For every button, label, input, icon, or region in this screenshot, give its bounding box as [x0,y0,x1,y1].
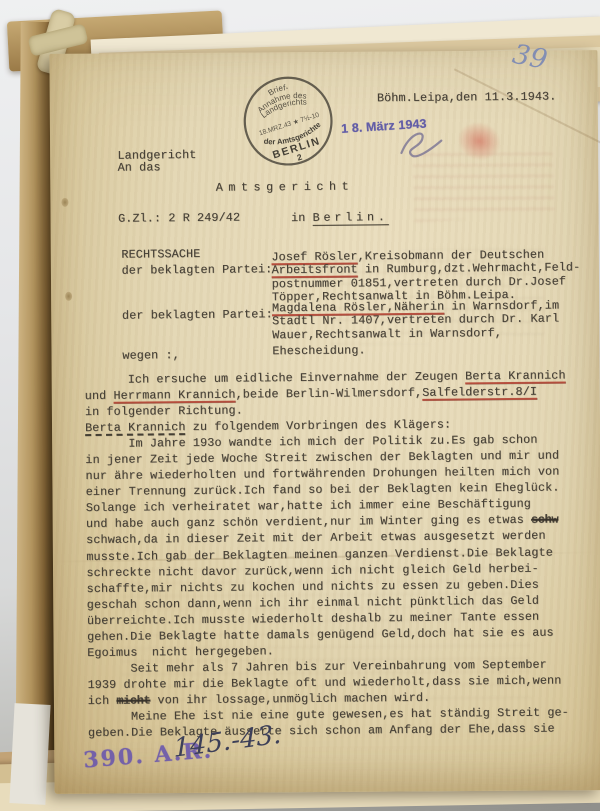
text-segment: ,beide Berlin-Wilmersdorf, [235,386,422,402]
party-label: der beklagten Partei: [121,261,272,278]
text-segment: Wauer,Rechtsanwalt in Warnsdorf, [272,326,502,342]
case-title: RECHTSSACHE [121,246,200,263]
recipient-city: Berlin. [313,210,389,225]
handwritten-initial-squiggle [395,127,447,165]
document-photo: 39 Landgericht G.Zl.: 2 R 249/42 Böhm.Le… [0,0,600,811]
recipient-city-prefix: in [291,211,313,225]
text-segment: und [85,389,114,403]
party-label: der beklagten Partei: [122,306,273,323]
subject-value: Ehescheidung. [272,342,365,359]
recipient-city-line: in Berlin. [291,209,389,226]
text-segment: zu folgendem Vorbringen des Klägers: [186,418,452,435]
text-segment: in folgender Richtung. [85,404,243,420]
recipient-court: Amtsgericht [216,178,355,195]
party-lines-1: Magdalena Rösler,Näherin in Warnsdorf,im… [272,300,560,343]
text-segment: Egoimus nicht hergegeben. [87,644,274,660]
handwritten-page-number: 39 [511,47,548,70]
document-line: Wauer,Rechtsanwalt in Warnsdorf, [272,326,559,342]
text-segment: ich [88,694,117,708]
stamp-number: 2 [296,152,304,163]
text-segment: Berta Krannich [85,420,186,435]
text-segment: Herrmann Krannich [113,388,235,403]
text-segment: von ihr lossage,unmöglich machen wird. [150,691,430,708]
recipient-intro: An das [117,159,160,175]
text-segment: micht [116,693,150,707]
text-segment: Salfelderstr.8/I [422,385,537,400]
text-segment: gehen.Die Beklagte hatte damals genügend… [87,625,554,643]
party-lines-0: Josef Rösler,Kreisobmann der DeutschenAr… [271,248,580,305]
subject-label: wegen :, [122,347,180,364]
case-reference: G.Zl.: 2 R 249/42 [118,208,240,230]
court-receipt-round-stamp: Brief- Annahme des Landgerichts 18.MRZ.4… [237,70,340,173]
handwritten-file-number: 145.-43. [173,727,281,757]
page-ink-layer: 39 Landgericht G.Zl.: 2 R 249/42 Böhm.Le… [0,0,600,811]
document-line: geben.Die Beklagte äusserte sich schon a… [88,720,569,741]
text-segment: geben.Die Beklagte äusserte sich schon a… [88,722,555,740]
text-segment: schw [531,513,558,527]
body-text: Ich ersuche um eidliche Einvernahme der … [85,367,570,741]
text-segment: Berta Krannich [465,368,566,383]
place-date-line: Böhm.Leipa,den 11.3.1943. [377,89,557,107]
red-ink-smudge [453,117,506,166]
